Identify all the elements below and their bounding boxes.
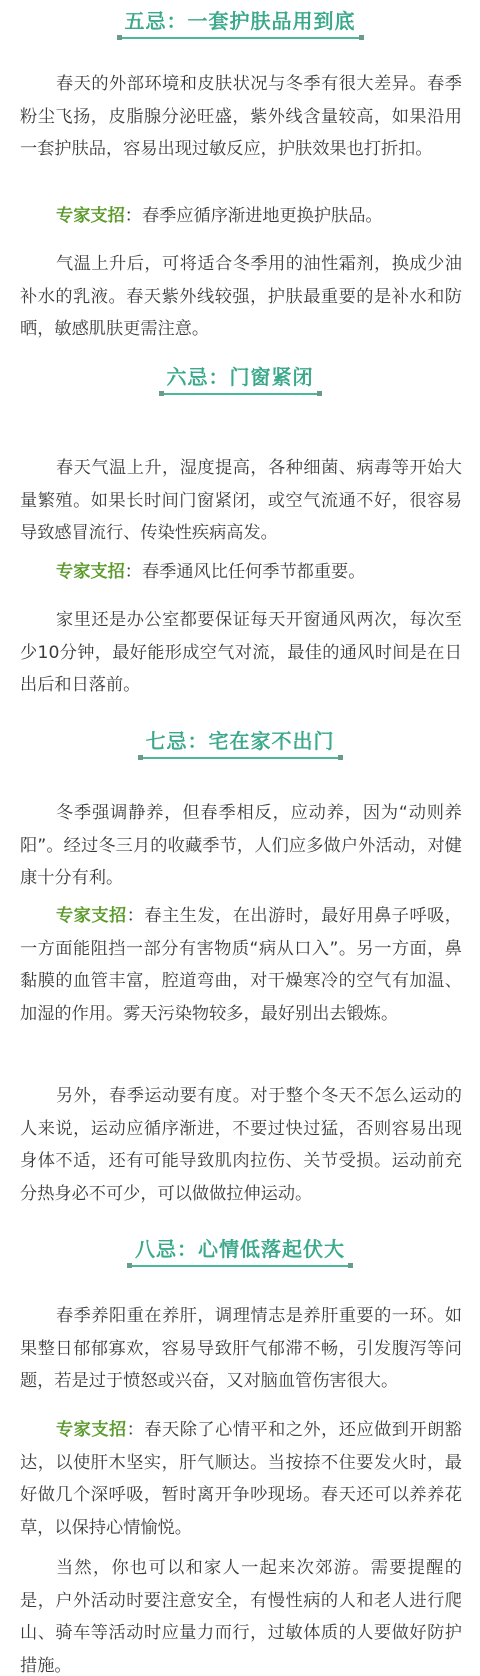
expert-tip: 专家支招：春季应循序渐进地更换护肤品。 xyxy=(20,200,462,233)
heading-text: 八忌：心情低落起伏大 xyxy=(135,1237,345,1261)
section-heading-8: 八忌：心情低落起伏大 xyxy=(0,1236,480,1267)
paragraph-intro: 春季养阳重在养肝，调理情志是养肝重要的一环。如果整日郁郁寡欢，容易导致肝气郁滞不… xyxy=(20,1300,462,1398)
heading-text: 七忌：宅在家不出门 xyxy=(146,729,335,753)
section-heading-5: 五忌：一套护肤品用到底 xyxy=(0,8,480,39)
expert-tip-label: 专家支招 xyxy=(56,906,127,926)
heading-text: 五忌：一套护肤品用到底 xyxy=(125,9,356,33)
paragraph-detail: 家里还是办公室都要保证每天开窗通风两次，每次至少10分钟，最好能形成空气对流，最… xyxy=(20,604,462,702)
expert-tip: 专家支招：春天除了心情平和之外，还应做到开朗豁达，以使肝木坚实，肝气顺达。当按捺… xyxy=(20,1414,462,1544)
expert-tip-label: 专家支招 xyxy=(56,1420,127,1440)
heading-underline xyxy=(140,757,341,759)
article: 五忌：一套护肤品用到底 春天的外部环境和皮肤状况与冬季有很大差异。春季粉尘飞扬，… xyxy=(0,0,480,1676)
paragraph-detail: 另外，春季运动要有度。对于整个冬天不怎么运动的人来说，运动应循序渐进，不要过快过… xyxy=(20,1080,462,1210)
expert-tip: 专家支招：春季通风比任何季节都重要。 xyxy=(20,556,462,589)
heading-text: 六忌：门窗紧闭 xyxy=(167,365,314,389)
paragraph-intro: 春天气温上升，湿度提高，各种细菌、病毒等开始大量繁殖。如果长时间门窗紧闭，或空气… xyxy=(20,452,462,550)
expert-tip: 专家支招：春主生发，在出游时，最好用鼻子呼吸，一方面能阻挡一部分有害物质“病从口… xyxy=(20,900,462,1030)
heading-underline xyxy=(119,37,362,39)
paragraph-detail: 气温上升后，可将适合冬季用的油性霜剂，换成少油补水的乳液。春天紫外线较强，护肤最… xyxy=(20,248,462,346)
expert-tip-text: ：春季通风比任何季节都重要。 xyxy=(125,562,366,582)
heading-underline xyxy=(161,393,320,395)
section-heading-6: 六忌：门窗紧闭 xyxy=(0,364,480,395)
paragraph-detail: 当然，你也可以和家人一起来次郊游。需要提醒的是，户外活动时要注意安全，有慢性病的… xyxy=(20,1552,462,1676)
expert-tip-label: 专家支招 xyxy=(56,206,125,226)
paragraph-intro: 冬季强调静养，但春季相反，应动养，因为“动则养阳”。经过冬三月的收藏季节，人们应… xyxy=(20,797,462,895)
heading-underline xyxy=(129,1265,351,1267)
section-heading-7: 七忌：宅在家不出门 xyxy=(0,728,480,759)
expert-tip-text: ：春季应循序渐进地更换护肤品。 xyxy=(125,206,383,226)
expert-tip-label: 专家支招 xyxy=(56,562,125,582)
paragraph-intro: 春天的外部环境和皮肤状况与冬季有很大差异。春季粉尘飞扬，皮脂腺分泌旺盛，紫外线含… xyxy=(20,68,462,166)
